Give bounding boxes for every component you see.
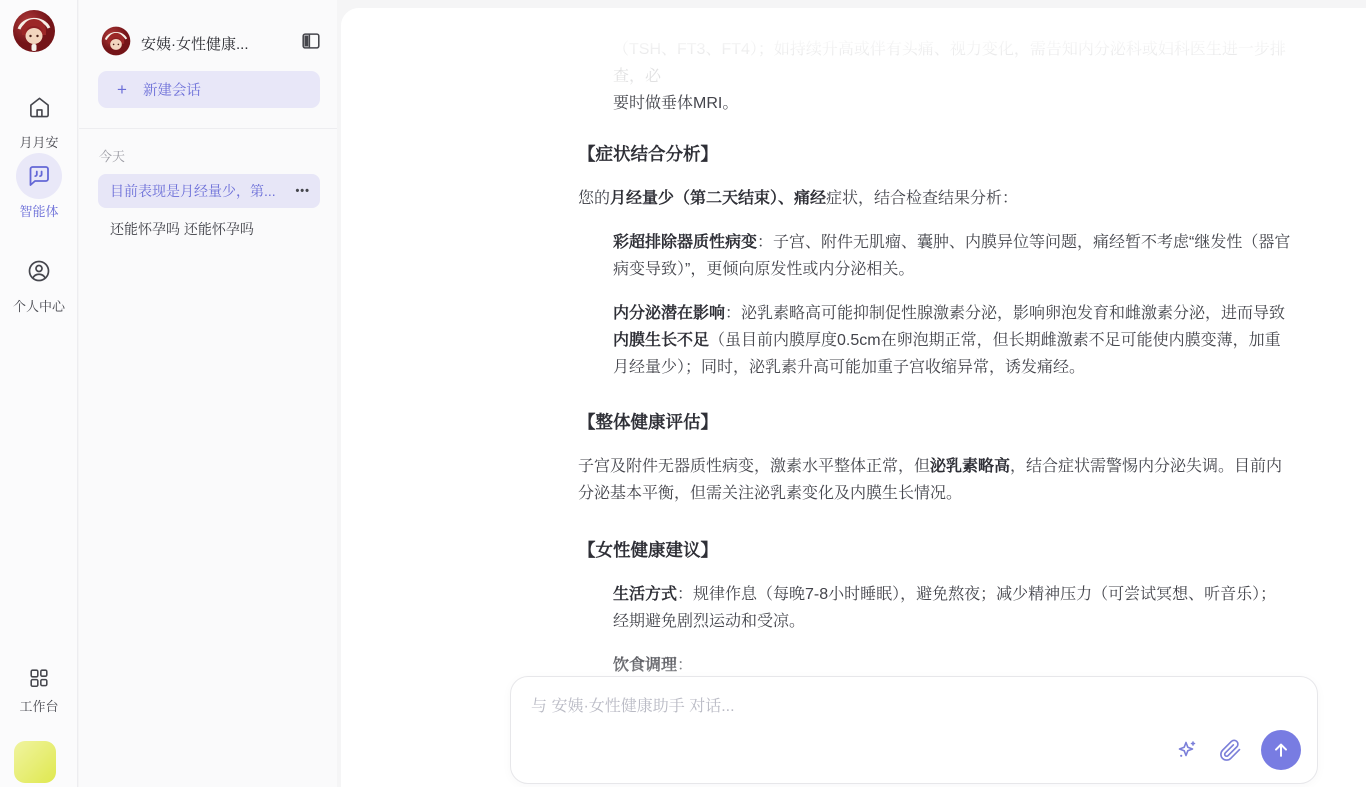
sidebar-item-home[interactable]: 月月安 <box>0 84 78 151</box>
chat-bubble-icon <box>16 153 62 199</box>
conversation-title: 还能怀孕吗 还能怀孕吗 <box>110 219 320 239</box>
message-paragraph: （TSH、FT3、FT4）；如持续升高或伴有头痛、视力变化，需告知内分泌科或妇科… <box>613 36 1291 117</box>
plus-icon: + <box>117 80 127 100</box>
app-avatar <box>12 9 56 53</box>
message-paragraph: 您的月经量少（第二天结束）、痛经症状，结合检查结果分析： <box>578 185 1291 212</box>
agent-avatar-icon <box>12 9 56 53</box>
message-line: 要时做垂体MRI。 <box>613 90 1291 117</box>
agent-avatar <box>101 26 131 56</box>
new-chat-label: 新建会话 <box>143 79 201 100</box>
sidebar-header: 安姨·女性健康... <box>79 0 337 62</box>
chat-main-panel: （TSH、FT3、FT4）；如持续升高或伴有头痛、视力变化，需告知内分泌科或妇科… <box>341 8 1366 787</box>
send-arrow-icon <box>1271 740 1291 760</box>
sparkle-icon[interactable] <box>1175 738 1199 762</box>
message-paragraph: 饮食调理： <box>613 652 1291 679</box>
sidebar-item-label: 工作台 <box>0 696 78 715</box>
sidebar-item-label: 月月安 <box>0 132 78 151</box>
message-paragraph: 子宫及附件无器质性病变，激素水平整体正常，但泌乳素略高，结合症状需警惕内分泌失调… <box>578 453 1291 507</box>
section-heading-overall: 【整体健康评估】 <box>578 410 1291 434</box>
conversation-sidebar: 安姨·女性健康... + 新建会话 今天 目前表现是月经量少，第... ••• … <box>79 0 337 787</box>
agent-title: 安姨·女性健康... <box>141 33 301 54</box>
conversation-title: 目前表现是月经量少，第... <box>110 181 295 201</box>
composer-actions <box>1175 730 1301 770</box>
helper-widget-logo[interactable] <box>14 741 56 783</box>
message-composer <box>510 676 1318 784</box>
conversation-item[interactable]: 还能怀孕吗 还能怀孕吗 <box>98 212 320 246</box>
message-input[interactable] <box>531 693 1271 737</box>
user-circle-icon <box>16 248 62 294</box>
scrolled-faded-line: （TSH、FT3、FT4）；如持续升高或伴有头痛、视力变化，需告知内分泌科或妇科… <box>613 36 1291 90</box>
more-options-icon[interactable]: ••• <box>295 185 310 197</box>
conversation-item[interactable]: 目前表现是月经量少，第... ••• <box>98 174 320 208</box>
send-button[interactable] <box>1261 730 1301 770</box>
divider <box>79 128 337 129</box>
sidebar-item-agents[interactable]: 智能体 <box>0 153 78 220</box>
section-heading-advice: 【女性健康建议】 <box>578 538 1291 562</box>
sidebar-item-label: 智能体 <box>0 201 78 220</box>
assistant-message: （TSH、FT3、FT4）；如持续升高或伴有头痛、视力变化，需告知内分泌科或妇科… <box>578 36 1291 745</box>
sidebar-item-workbench[interactable]: 工作台 <box>0 665 78 715</box>
paperclip-icon[interactable] <box>1218 738 1242 762</box>
message-paragraph: 彩超排除器质性病变：子宫、附件无肌瘤、囊肿、内膜异位等问题，痛经暂不考虑“继发性… <box>613 229 1291 283</box>
left-rail: 月月安 智能体 个人中心 工作台 <box>0 0 78 787</box>
message-paragraph: 生活方式：规律作息（每晚7-8小时睡眠），避免熬夜；减少精神压力（可尝试冥想、听… <box>613 581 1291 635</box>
agent-avatar-icon <box>101 26 131 56</box>
section-heading-symptom: 【症状结合分析】 <box>578 142 1291 166</box>
new-chat-button[interactable]: + 新建会话 <box>98 71 320 108</box>
home-icon <box>16 84 62 130</box>
message-paragraph: 内分泌潜在影响：泌乳素略高可能抑制促性腺激素分泌，影响卵泡发育和雌激素分泌，进而… <box>613 300 1291 381</box>
conversation-section-label: 今天 <box>99 146 125 165</box>
sidebar-item-profile[interactable]: 个人中心 <box>0 248 78 315</box>
grid-icon <box>28 665 50 691</box>
collapse-sidebar-icon[interactable] <box>300 30 322 52</box>
sidebar-item-label: 个人中心 <box>0 296 78 315</box>
